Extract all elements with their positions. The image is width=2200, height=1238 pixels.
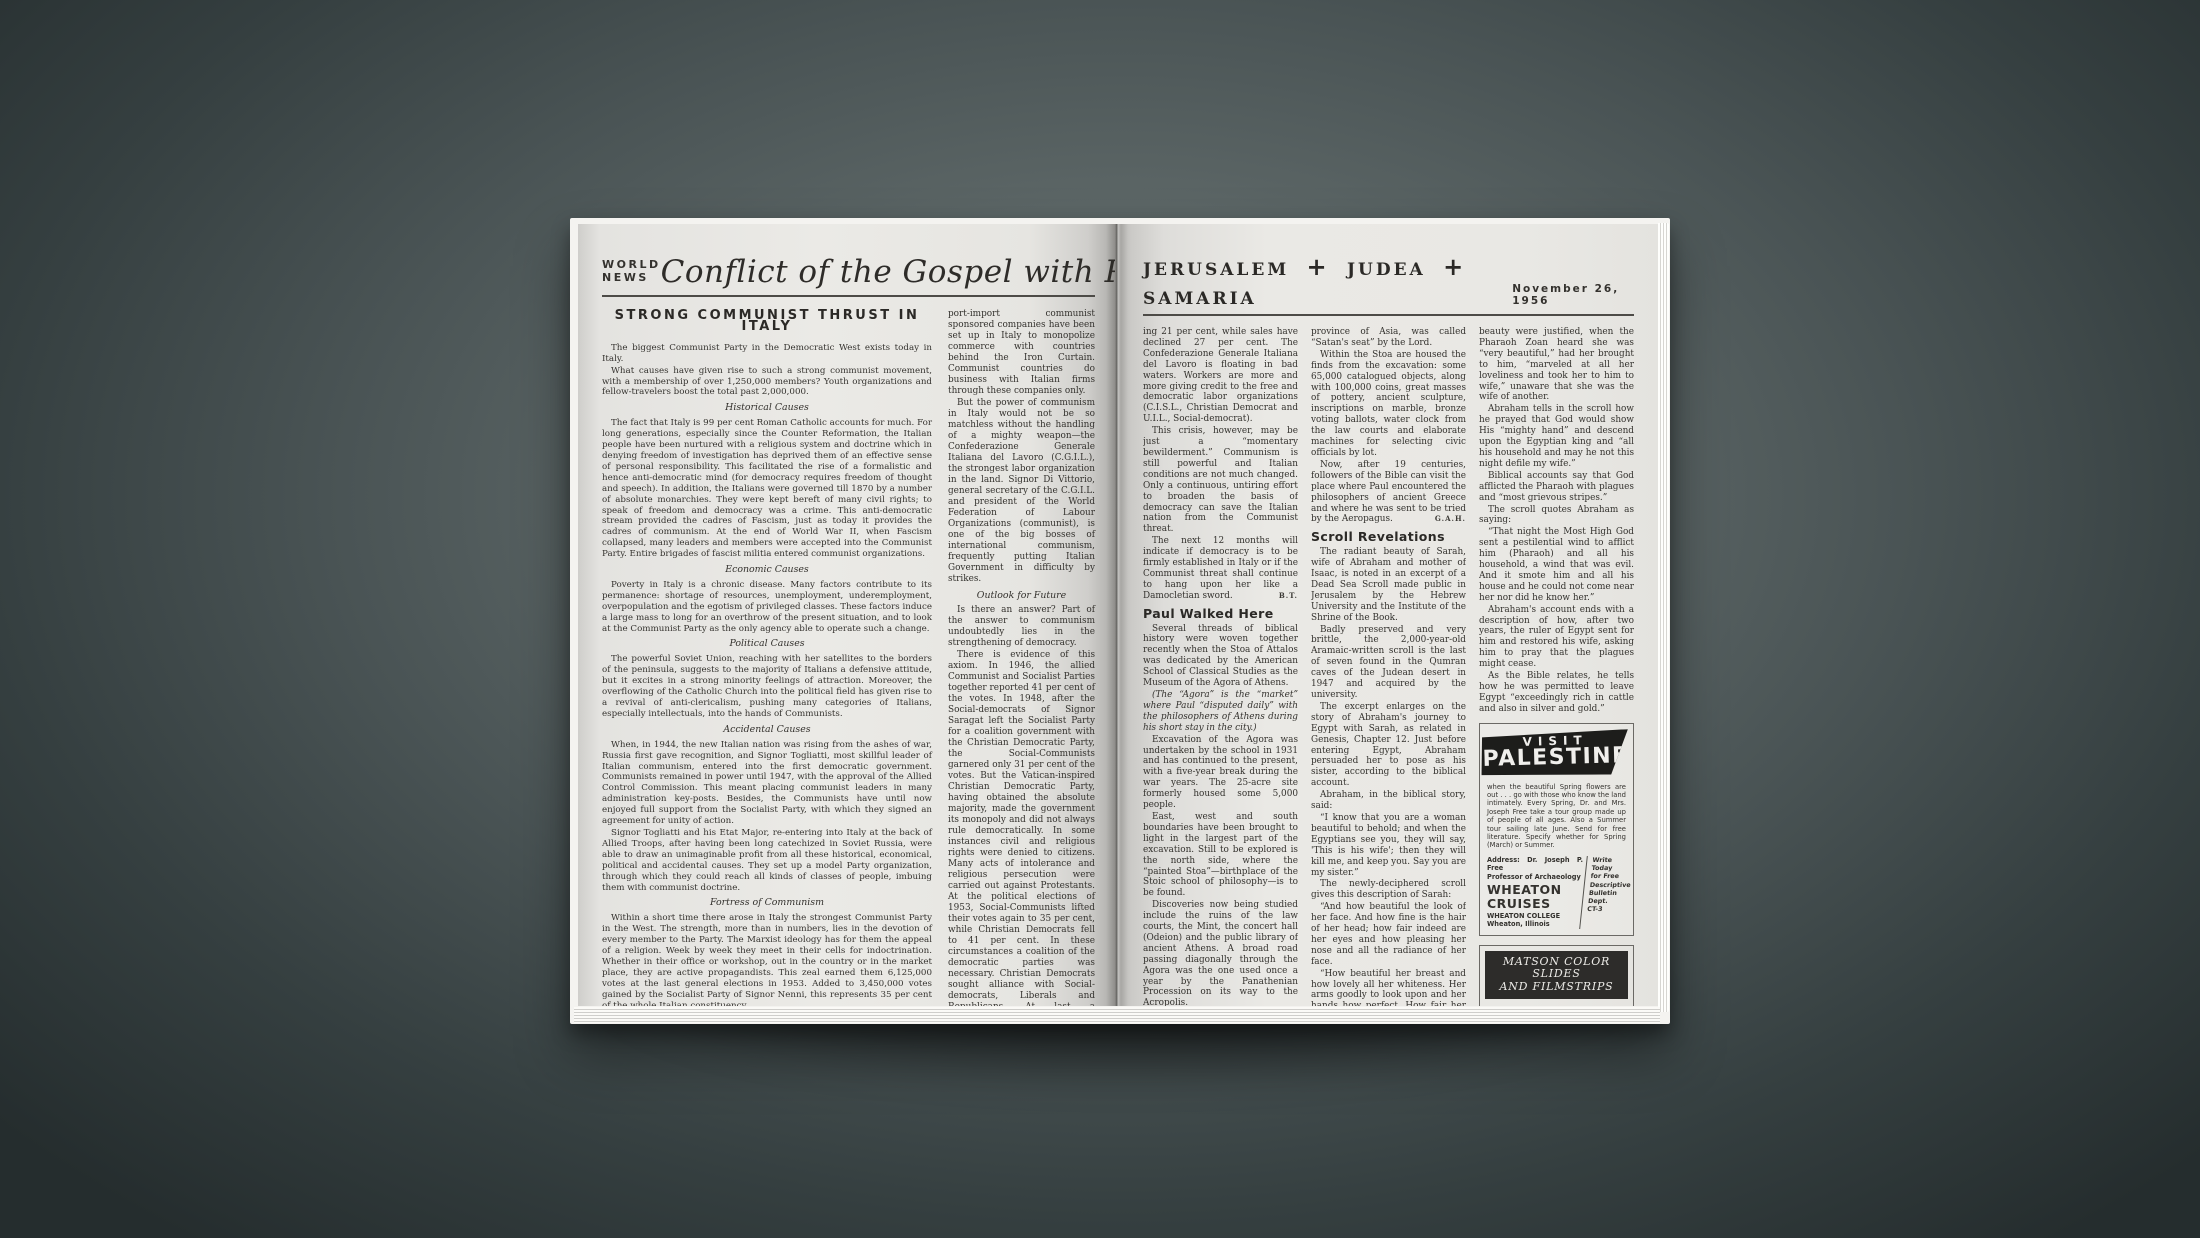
paragraph: Within the Stoa are housed the finds fro… <box>1311 350 1466 459</box>
right-page: Jerusalem + Judea + Samaria November 26,… <box>1115 224 1658 1006</box>
paragraph: The fact that Italy is 99 per cent Roman… <box>602 418 932 560</box>
contact-line: Address: Dr. Joseph P. Free <box>1487 856 1583 873</box>
section-heading: Historical Causes <box>602 403 932 414</box>
contact-line: Wheaton, Illinois <box>1487 920 1583 929</box>
palestine-ad-body: when the beautiful Spring flowers are ou… <box>1480 783 1633 850</box>
paragraph: Now, after 19 centuries, followers of th… <box>1311 460 1466 525</box>
paragraph: Is there an answer? Part of the answer t… <box>948 605 1095 649</box>
header-rule <box>602 295 1095 297</box>
paragraph: This crisis, however, may be just a “mom… <box>1143 426 1298 535</box>
paragraph: There is evidence of this axiom. In 1946… <box>948 650 1095 1006</box>
header-rule <box>1143 314 1634 316</box>
left-page: WORLD NEWS Conflict of the Gospel with P… <box>578 224 1115 1006</box>
paragraph: Poverty in Italy is a chronic disease. M… <box>602 580 932 635</box>
department-title: Jerusalem + Judea + Samaria <box>1143 252 1512 310</box>
left-main-text: The biggest Communist Party in the Democ… <box>602 343 932 1006</box>
paragraph: When, in 1944, the new Italian nation wa… <box>602 740 932 827</box>
paragraph: The excerpt enlarges on the story of Abr… <box>1311 702 1466 789</box>
write-today-block: Write Today for Free Descriptive Bulleti… <box>1579 856 1631 929</box>
wheaton-cruises-brand: WHEATON CRUISES <box>1487 883 1583 911</box>
right-column-1: ing 21 per cent, while sales have declin… <box>1143 327 1298 1006</box>
paragraph: ing 21 per cent, while sales have declin… <box>1143 327 1298 425</box>
paragraph: Biblical accounts say that God afflicted… <box>1479 471 1634 504</box>
write-today-line: CT-3 <box>1587 905 1626 913</box>
article-heading: Scroll Revelations <box>1311 532 1466 543</box>
write-today-line: for Free <box>1590 872 1629 880</box>
section-kicker: WORLD NEWS <box>602 258 661 290</box>
paragraph: As the Bible relates, he tells how he wa… <box>1479 671 1634 715</box>
right-page-header: Jerusalem + Judea + Samaria November 26,… <box>1143 252 1634 310</box>
left-page-header: WORLD NEWS Conflict of the Gospel with P… <box>602 254 1095 290</box>
page-stack-bottom-edge <box>574 1007 1660 1023</box>
visit-palestine-ad: VISIT PALESTINE when the beautiful Sprin… <box>1479 723 1634 936</box>
paragraph: The biggest Communist Party in the Democ… <box>602 343 932 365</box>
palestine-ad-contact: Address: Dr. Joseph P. Free Professor of… <box>1480 856 1633 929</box>
paragraph: The scroll quotes Abraham as saying: <box>1479 505 1634 527</box>
paragraph: But the power of communism in Italy woul… <box>948 398 1095 585</box>
paragraph: The radiant beauty of Sarah, wife of Abr… <box>1311 547 1466 623</box>
magazine-spread: WORLD NEWS Conflict of the Gospel with P… <box>570 218 1670 1024</box>
article-headline: STRONG COMMUNIST THRUST IN ITALY <box>602 311 932 333</box>
paragraph: The powerful Soviet Union, reaching with… <box>602 654 932 719</box>
paragraph: province of Asia, was called “Satan's se… <box>1311 327 1466 349</box>
palestine-banner: VISIT PALESTINE <box>1480 729 1630 778</box>
section-heading: Fortress of Communism <box>602 898 932 909</box>
article-title: Conflict of the Gospel with Paganism: <box>661 254 1115 290</box>
banner-line-palestine: PALESTINE <box>1481 745 1631 771</box>
wheaton-address-block: Address: Dr. Joseph P. Free Professor of… <box>1487 856 1583 929</box>
section-heading: Economic Causes <box>602 565 932 576</box>
contact-line: Professor of Archaeology <box>1487 873 1583 882</box>
write-today-line: Bulletin <box>1589 889 1628 897</box>
paragraph: East, west and south boundaries have bee… <box>1143 812 1298 899</box>
paragraph: Badly preserved and very brittle, the 2,… <box>1311 625 1466 701</box>
paragraph: (The “Agora” is the “market” where Paul … <box>1143 690 1298 734</box>
paragraph: “How beautiful her breast and how lovely… <box>1311 969 1466 1006</box>
paragraph: “I know that you are a woman beautiful t… <box>1311 813 1466 878</box>
section-heading: Accidental Causes <box>602 725 932 736</box>
paragraph: port-import communist sponsored companie… <box>948 309 1095 397</box>
open-spread: WORLD NEWS Conflict of the Gospel with P… <box>578 224 1658 1006</box>
paragraph: Several threads of biblical history were… <box>1143 624 1298 689</box>
left-side-column: port-import communist sponsored companie… <box>948 309 1095 1006</box>
paragraph: Signor Togliatti and his Etat Major, re-… <box>602 828 932 893</box>
paragraph: “And how beautiful the look of her face.… <box>1311 902 1466 967</box>
section-heading: Outlook for Future <box>948 590 1095 601</box>
paragraph: What causes have given rise to such a st… <box>602 366 932 399</box>
author-initials: G.A.H. <box>1426 514 1466 525</box>
paragraph: Abraham tells in the scroll how he praye… <box>1479 404 1634 469</box>
paragraph: Excavation of the Agora was undertaken b… <box>1143 735 1298 811</box>
matson-banner: MATSON COLOR SLIDES AND FILMSTRIPS <box>1485 951 1628 1000</box>
paragraph: Within a short time there arose in Italy… <box>602 913 932 1006</box>
right-column-3-text: beauty were justified, when the Pharaoh … <box>1479 327 1634 716</box>
page-stack-right-edge <box>1658 223 1669 1012</box>
backdrop: WORLD NEWS Conflict of the Gospel with P… <box>0 0 2200 1238</box>
left-page-columns: STRONG COMMUNIST THRUST IN ITALY The big… <box>602 309 1095 1006</box>
paragraph: Discoveries now being studied include th… <box>1143 900 1298 1006</box>
matson-subheading: OF BIBLE LANDS <box>1485 1005 1628 1006</box>
paragraph: The newly-deciphered scroll gives this d… <box>1311 879 1466 901</box>
article-heading: Paul Walked Here <box>1143 609 1298 620</box>
left-main-column: STRONG COMMUNIST THRUST IN ITALY The big… <box>602 309 932 1006</box>
section-heading: Political Causes <box>602 639 932 650</box>
paragraph: The next 12 months will indicate if demo… <box>1143 536 1298 601</box>
right-page-columns: ing 21 per cent, while sales have declin… <box>1143 327 1634 1006</box>
write-today-line: Write Today <box>1591 856 1631 872</box>
paragraph: beauty were justified, when the Pharaoh … <box>1479 327 1634 403</box>
paragraph: “That night the Most High God sent a pes… <box>1479 527 1634 603</box>
author-initials: B.T. <box>1270 591 1298 602</box>
right-column-2: province of Asia, was called “Satan's se… <box>1311 327 1466 1006</box>
paragraph: Abraham, in the biblical story, said: <box>1311 790 1466 812</box>
write-today-line: Descriptive <box>1589 880 1628 888</box>
matson-ad: MATSON COLOR SLIDES AND FILMSTRIPS OF BI… <box>1479 945 1634 1006</box>
contact-line: WHEATON COLLEGE <box>1487 912 1583 921</box>
write-today-line: Dept. <box>1588 897 1627 905</box>
right-column-3: beauty were justified, when the Pharaoh … <box>1479 327 1634 1006</box>
matson-banner-line: MATSON COLOR SLIDES <box>1487 956 1626 981</box>
matson-banner-line: AND FILMSTRIPS <box>1487 981 1626 994</box>
issue-date: November 26, 1956 <box>1512 283 1634 310</box>
paragraph: Abraham's account ends with a descriptio… <box>1479 605 1634 670</box>
